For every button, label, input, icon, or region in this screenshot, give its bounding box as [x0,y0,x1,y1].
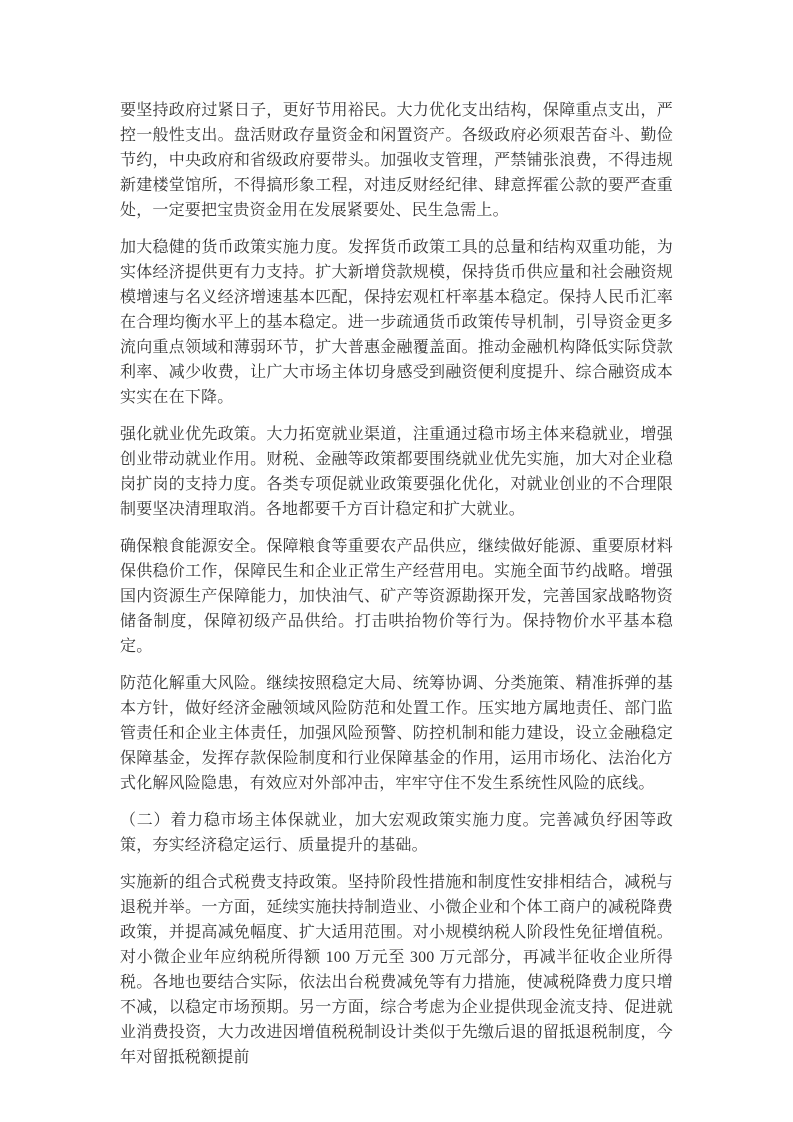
paragraph-section-two-heading: （二）着力稳市场主体保就业，加大宏观政策实施力度。完善减负纾困等政策，夯实经济稳… [120,808,673,858]
document-text-block: 要坚持政府过紧日子，更好节用裕民。大力优化支出结构，保障重点支出，严控一般性支出… [120,98,673,1070]
document-page: 要坚持政府过紧日子，更好节用裕民。大力优化支出结构，保障重点支出，严控一般性支出… [0,0,793,1122]
paragraph-food-energy-security: 确保粮食能源安全。保障粮食等重要农产品供应，继续做好能源、重要原材料保供稳价工作… [120,534,673,659]
paragraph-risk-prevention: 防范化解重大风险。继续按照稳定大局、统筹协调、分类施策、精准拆弹的基本方针，做好… [120,671,673,796]
paragraph-tax-support-policy: 实施新的组合式税费支持政策。坚持阶段性措施和制度性安排相结合，减税与退税并举。一… [120,870,673,1070]
paragraph-monetary-policy: 加大稳健的货币政策实施力度。发挥货币政策工具的总量和结构双重功能，为实体经济提供… [120,235,673,410]
paragraph-fiscal-austerity: 要坚持政府过紧日子，更好节用裕民。大力优化支出结构，保障重点支出，严控一般性支出… [120,98,673,223]
paragraph-employment-policy: 强化就业优先政策。大力拓宽就业渠道，注重通过稳市场主体来稳就业，增强创业带动就业… [120,422,673,522]
